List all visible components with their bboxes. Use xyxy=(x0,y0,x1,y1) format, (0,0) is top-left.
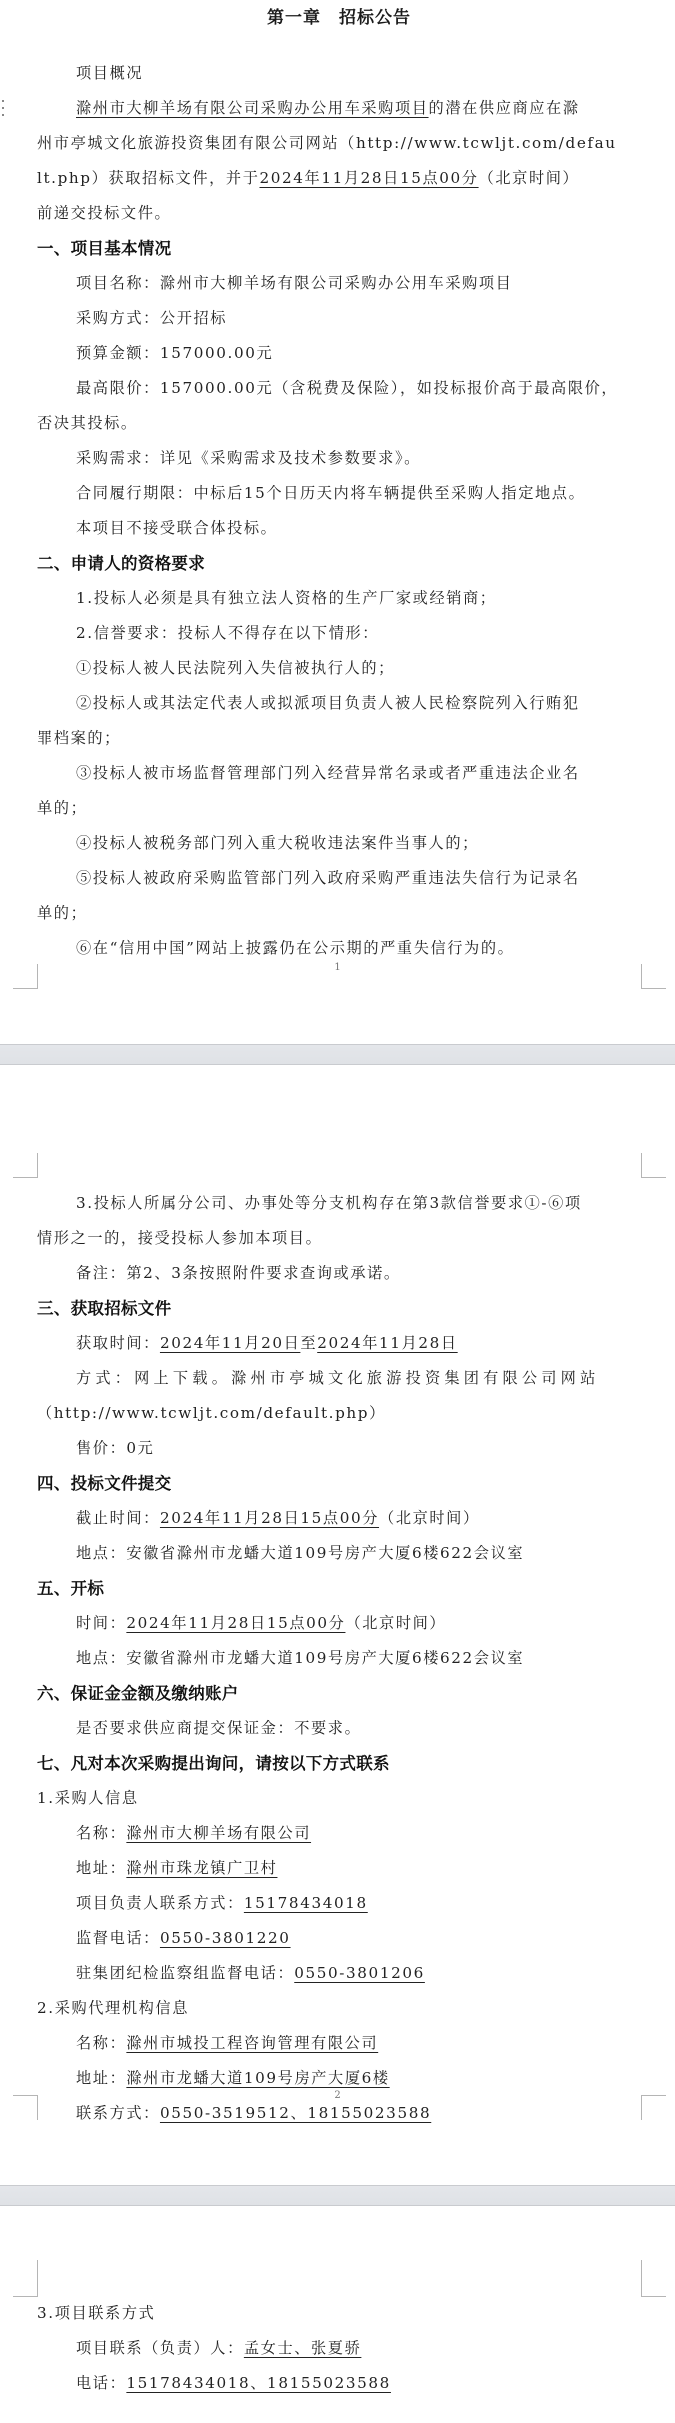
opening-time-value: 2024年11月28日15点00分 xyxy=(126,1614,345,1632)
qualification-item-1: 1.投标人必须是具有独立法人资格的生产厂家或经销商； xyxy=(37,581,641,616)
submission-deadline: 2024年11月28日15点00分 xyxy=(260,169,479,187)
submission-deadline-line: 截止时间：2024年11月28日15点00分（北京时间） xyxy=(37,1501,641,1536)
acquisition-time: 获取时间：2024年11月20日至2024年11月28日 xyxy=(37,1326,641,1361)
document-page-3: 3.项目联系方式 项目联系（负责）人：孟女士、张夏骄 电话：1517843401… xyxy=(0,2206,675,2423)
credit-condition-5-line-1: ⑤投标人被政府采购监管部门列入政府采购严重违法失信行为记录名 xyxy=(37,861,641,896)
project-contact-phone: 电话：15178434018、18155023588 xyxy=(37,2366,641,2401)
project-contact-title: 3.项目联系方式 xyxy=(37,2296,641,2331)
overview-paragraph-line-3: lt.php）获取招标文件，并于2024年11月28日15点00分（北京时间） xyxy=(37,161,641,196)
purchaser-info-title: 1.采购人信息 xyxy=(37,1781,641,1816)
opening-location: 地点：安徽省滁州市龙蟠大道109号房产大厦6楼622会议室 xyxy=(37,1641,641,1676)
document-page-2: 3.投标人所属分公司、办事处等分支机构存在第3款信誉要求①-⑥项 情形之一的，接… xyxy=(0,1065,675,2185)
deposit-requirement: 是否要求供应商提交保证金：不要求。 xyxy=(37,1711,641,1746)
qualification-item-2: 2.信誉要求：投标人不得存在以下情形： xyxy=(37,616,641,651)
section-heading-6: 六、保证金金额及缴纳账户 xyxy=(37,1676,641,1711)
overview-label: 项目概况 xyxy=(37,56,641,91)
qualification-item-3-line-1: 3.投标人所属分公司、办事处等分支机构存在第3款信誉要求①-⑥项 xyxy=(37,1186,641,1221)
credit-condition-3-line-1: ③投标人被市场监督管理部门列入经营异常名录或者严重违法企业名 xyxy=(37,756,641,791)
procurement-requirements: 采购需求：详见《采购需求及技术参数要求》。 xyxy=(37,441,641,476)
credit-condition-1: ①投标人被人民法院列入失信被执行人的； xyxy=(37,651,641,686)
qualification-item-3-line-2: 情形之一的，接受投标人参加本项目。 xyxy=(37,1221,641,1256)
opening-time-line: 时间：2024年11月28日15点00分（北京时间） xyxy=(37,1606,641,1641)
overview-paragraph-line-2: 州市亭城文化旅游投资集团有限公司网站（http://www.tcwljt.com… xyxy=(37,126,641,161)
page-number: 2 xyxy=(0,2090,675,2101)
purchaser-name: 名称：滁州市大柳羊场有限公司 xyxy=(37,1816,641,1851)
page-break xyxy=(0,2185,675,2206)
overview-paragraph-line-4: 前递交投标文件。 xyxy=(37,196,641,231)
discipline-phone: 驻集团纪检监察组监督电话：0550-3801206 xyxy=(37,1956,641,1991)
section-heading-5: 五、开标 xyxy=(37,1571,641,1606)
supervision-phone: 监督电话：0550-3801220 xyxy=(37,1921,641,1956)
purchaser-contact: 项目负责人联系方式：15178434018 xyxy=(37,1886,641,1921)
section-heading-1: 一、项目基本情况 xyxy=(37,231,641,266)
submission-location: 地点：安徽省滁州市龙蟠大道109号房产大厦6楼622会议室 xyxy=(37,1536,641,1571)
acquisition-method-line-1: 方式：网上下载。滁州市亭城文化旅游投资集团有限公司网站 xyxy=(37,1361,641,1396)
credit-condition-6: ⑥在“信用中国”网站上披露仍在公示期的严重失信行为的。 xyxy=(37,931,641,966)
purchaser-address: 地址：滁州市珠龙镇广卫村 xyxy=(37,1851,641,1886)
acquisition-start-date: 2024年11月20日 xyxy=(160,1334,300,1352)
credit-condition-3-line-2: 单的； xyxy=(37,791,641,826)
section-heading-7: 七、凡对本次采购提出询问，请按以下方式联系 xyxy=(37,1746,641,1781)
document-page-1: 第一章 招标公告 项目概况 滁州市大柳羊场有限公司采购办公用车采购项目的潜在供应… xyxy=(0,0,675,1044)
project-contact-person: 项目联系（负责）人：孟女士、张夏骄 xyxy=(37,2331,641,2366)
project-name: 项目名称：滁州市大柳羊场有限公司采购办公用车采购项目 xyxy=(37,266,641,301)
section-heading-2: 二、申请人的资格要求 xyxy=(37,546,641,581)
document-price: 售价：0元 xyxy=(37,1431,641,1466)
page-break xyxy=(0,1044,675,1065)
chapter-title: 第一章 招标公告 xyxy=(37,2,641,56)
procurement-method: 采购方式：公开招标 xyxy=(37,301,641,336)
project-name-link: 滁州市大柳羊场有限公司采购办公用车采购项目 xyxy=(76,99,429,117)
agency-name: 名称：滁州市城投工程咨询管理有限公司 xyxy=(37,2026,641,2061)
credit-condition-4: ④投标人被税务部门列入重大税收违法案件当事人的； xyxy=(37,826,641,861)
contract-period: 合同履行期限：中标后15个日历天内将车辆提供至采购人指定地点。 xyxy=(37,476,641,511)
credit-condition-5-line-2: 单的； xyxy=(37,896,641,931)
consortium-note: 本项目不接受联合体投标。 xyxy=(37,511,641,546)
overview-paragraph-line-1: 滁州市大柳羊场有限公司采购办公用车采购项目的潜在供应商应在滁 xyxy=(37,91,641,126)
credit-condition-2-line-1: ②投标人或其法定代表人或拟派项目负责人被人民检察院列入行贿犯 xyxy=(37,686,641,721)
budget-amount: 预算金额：157000.00元 xyxy=(37,336,641,371)
page-number: 1 xyxy=(0,962,675,973)
acquisition-end-date: 2024年11月28日 xyxy=(317,1334,457,1352)
acquisition-method-line-2: （http://www.tcwljt.com/default.php） xyxy=(37,1396,641,1431)
max-price-line-1: 最高限价：157000.00元（含税费及保险），如投标报价高于最高限价， xyxy=(37,371,641,406)
max-price-line-2: 否决其投标。 xyxy=(37,406,641,441)
qualification-note: 备注：第2、3条按照附件要求查询或承诺。 xyxy=(37,1256,641,1291)
section-heading-4: 四、投标文件提交 xyxy=(37,1466,641,1501)
agency-info-title: 2.采购代理机构信息 xyxy=(37,1991,641,2026)
agency-contact: 联系方式：0550-3519512、18155023588 xyxy=(37,2096,641,2131)
section-heading-3: 三、获取招标文件 xyxy=(37,1291,641,1326)
credit-condition-2-line-2: 罪档案的； xyxy=(37,721,641,756)
submission-deadline-value: 2024年11月28日15点00分 xyxy=(160,1509,379,1527)
